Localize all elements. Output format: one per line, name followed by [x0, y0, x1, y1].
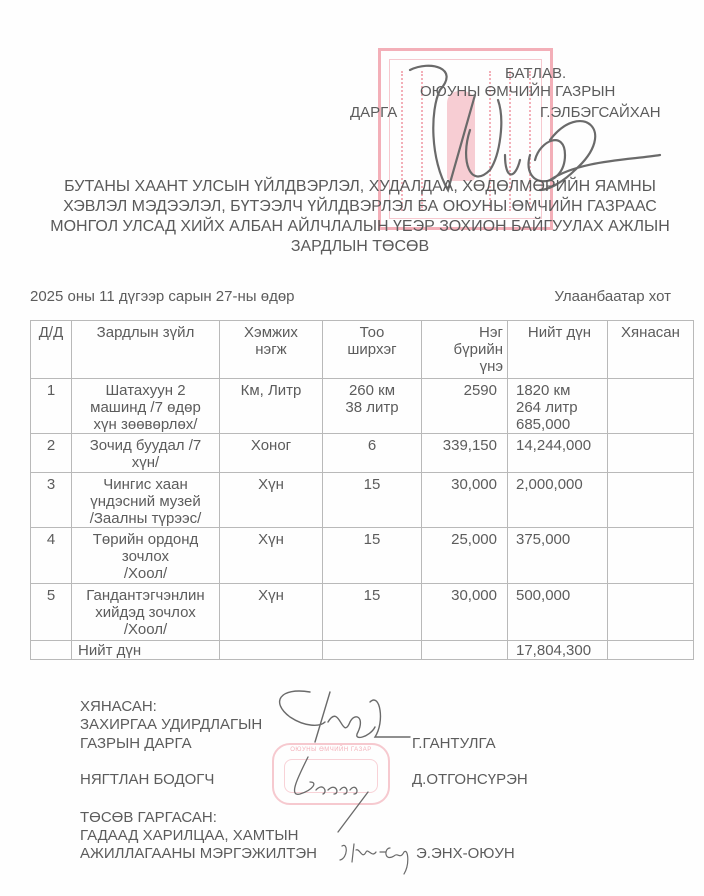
cell-unit: Км, Литр: [220, 379, 323, 434]
cell-qty: 260 км38 литр: [323, 379, 422, 434]
cell-checked: [608, 528, 694, 584]
cell-item: Зочид буудал /7хүн/: [72, 434, 220, 473]
cell-qty: 15: [323, 473, 422, 528]
cell-unit: [220, 641, 323, 660]
cell-no: 2: [31, 434, 72, 473]
col-header-no: Д/Д: [31, 321, 72, 379]
cell-checked: [608, 584, 694, 641]
table-total-row: Нийт дүн17,804,300: [31, 641, 694, 660]
table-row: 4Төрийн ордондзочлох/Хоол/Хүн1525,000375…: [31, 528, 694, 584]
cell-no: 1: [31, 379, 72, 434]
cell-item: Гандантэгчэнлинхийдэд зочлох/Хоол/: [72, 584, 220, 641]
budget-table: Д/Д Зардлын зүйл Хэмжихнэгж Тооширхэг Нэ…: [30, 320, 694, 660]
cell-qty: [323, 641, 422, 660]
col-header-item: Зардлын зүйл: [72, 321, 220, 379]
table-row: 1Шатахуун 2машинд /7 өдөрхүн зөөвөрлөх/К…: [31, 379, 694, 434]
cell-unit: Хүн: [220, 528, 323, 584]
preparer-signature: [334, 838, 424, 888]
cell-unit: Хоног: [220, 434, 323, 473]
cell-total: 14,244,000: [508, 434, 608, 473]
col-header-unit-price: Нэгбүрийнүнэ: [422, 321, 508, 379]
cell-unit-price: [422, 641, 508, 660]
accountant-signature: [288, 752, 388, 832]
cell-total: 2,000,000: [508, 473, 608, 528]
cell-unit-price: 25,000: [422, 528, 508, 584]
accountant-name: Д.ОТГОНСҮРЭН: [412, 771, 528, 788]
cell-unit: Хүн: [220, 584, 323, 641]
col-header-unit: Хэмжихнэгж: [220, 321, 323, 379]
cell-checked: [608, 473, 694, 528]
cell-item: Төрийн ордондзочлох/Хоол/: [72, 528, 220, 584]
document-city: Улаанбаатар хот: [554, 288, 671, 305]
cell-item: Шатахуун 2машинд /7 өдөрхүн зөөвөрлөх/: [72, 379, 220, 434]
cell-no: 3: [31, 473, 72, 528]
table-row: 3Чингис хаанүндэсний музей/Заалны түрээс…: [31, 473, 694, 528]
cell-no: [31, 641, 72, 660]
cell-unit-price: 339,150: [422, 434, 508, 473]
cell-no: 5: [31, 584, 72, 641]
cell-total: 1820 км264 литр685,000: [508, 379, 608, 434]
preparer-name: Э.ЭНХ-ОЮУН: [416, 845, 515, 862]
table-header-row: Д/Д Зардлын зүйл Хэмжихнэгж Тооширхэг Нэ…: [31, 321, 694, 379]
preparer-title-line2: АЖИЛЛАГААНЫ МЭРГЭЖИЛТЭН: [80, 845, 317, 862]
col-header-checked: Хянасан: [608, 321, 694, 379]
cell-checked: [608, 641, 694, 660]
cell-total: 375,000: [508, 528, 608, 584]
cell-unit-price: 30,000: [422, 473, 508, 528]
cell-checked: [608, 379, 694, 434]
reviewer-name: Г.ГАНТУЛГА: [412, 735, 496, 752]
reviewer-signature: [270, 682, 420, 752]
cell-qty: 6: [323, 434, 422, 473]
cell-qty: 15: [323, 528, 422, 584]
prepared-heading: ТӨСӨВ ГАРГАСАН:: [80, 809, 217, 826]
col-header-total: Нийт дүн: [508, 321, 608, 379]
document-title: БУТАНЫ ХААНТ УЛСЫН ҮЙЛДВЭРЛЭЛ, ХУДАЛДАА,…: [40, 177, 680, 257]
cell-qty: 15: [323, 584, 422, 641]
cell-no: 4: [31, 528, 72, 584]
cell-item: Чингис хаанүндэсний музей/Заалны түрээс/: [72, 473, 220, 528]
cell-unit-price: 2590: [422, 379, 508, 434]
reviewer-title-line1: ЗАХИРГАА УДИРДЛАГЫН: [80, 716, 262, 733]
cell-total: 500,000: [508, 584, 608, 641]
cell-checked: [608, 434, 694, 473]
reviewer-title-line2: ГАЗРЫН ДАРГА: [80, 735, 192, 752]
approval-position: ДАРГА: [350, 104, 397, 121]
total-label: Нийт дүн: [72, 641, 220, 660]
document-date: 2025 оны 11 дүгээр сарын 27-ны өдөр: [30, 288, 295, 305]
preparer-title-line1: ГАДААД ХАРИЛЦАА, ХАМТЫН: [80, 827, 298, 844]
reviewed-heading: ХЯНАСАН:: [80, 698, 157, 715]
cell-unit-price: 30,000: [422, 584, 508, 641]
grand-total: 17,804,300: [508, 641, 608, 660]
col-header-qty: Тооширхэг: [323, 321, 422, 379]
accountant-title: НЯГТЛАН БОДОГЧ: [80, 771, 214, 788]
table-row: 2Зочид буудал /7хүн/Хоног6339,15014,244,…: [31, 434, 694, 473]
table-row: 5Гандантэгчэнлинхийдэд зочлох/Хоол/Хүн15…: [31, 584, 694, 641]
cell-unit: Хүн: [220, 473, 323, 528]
